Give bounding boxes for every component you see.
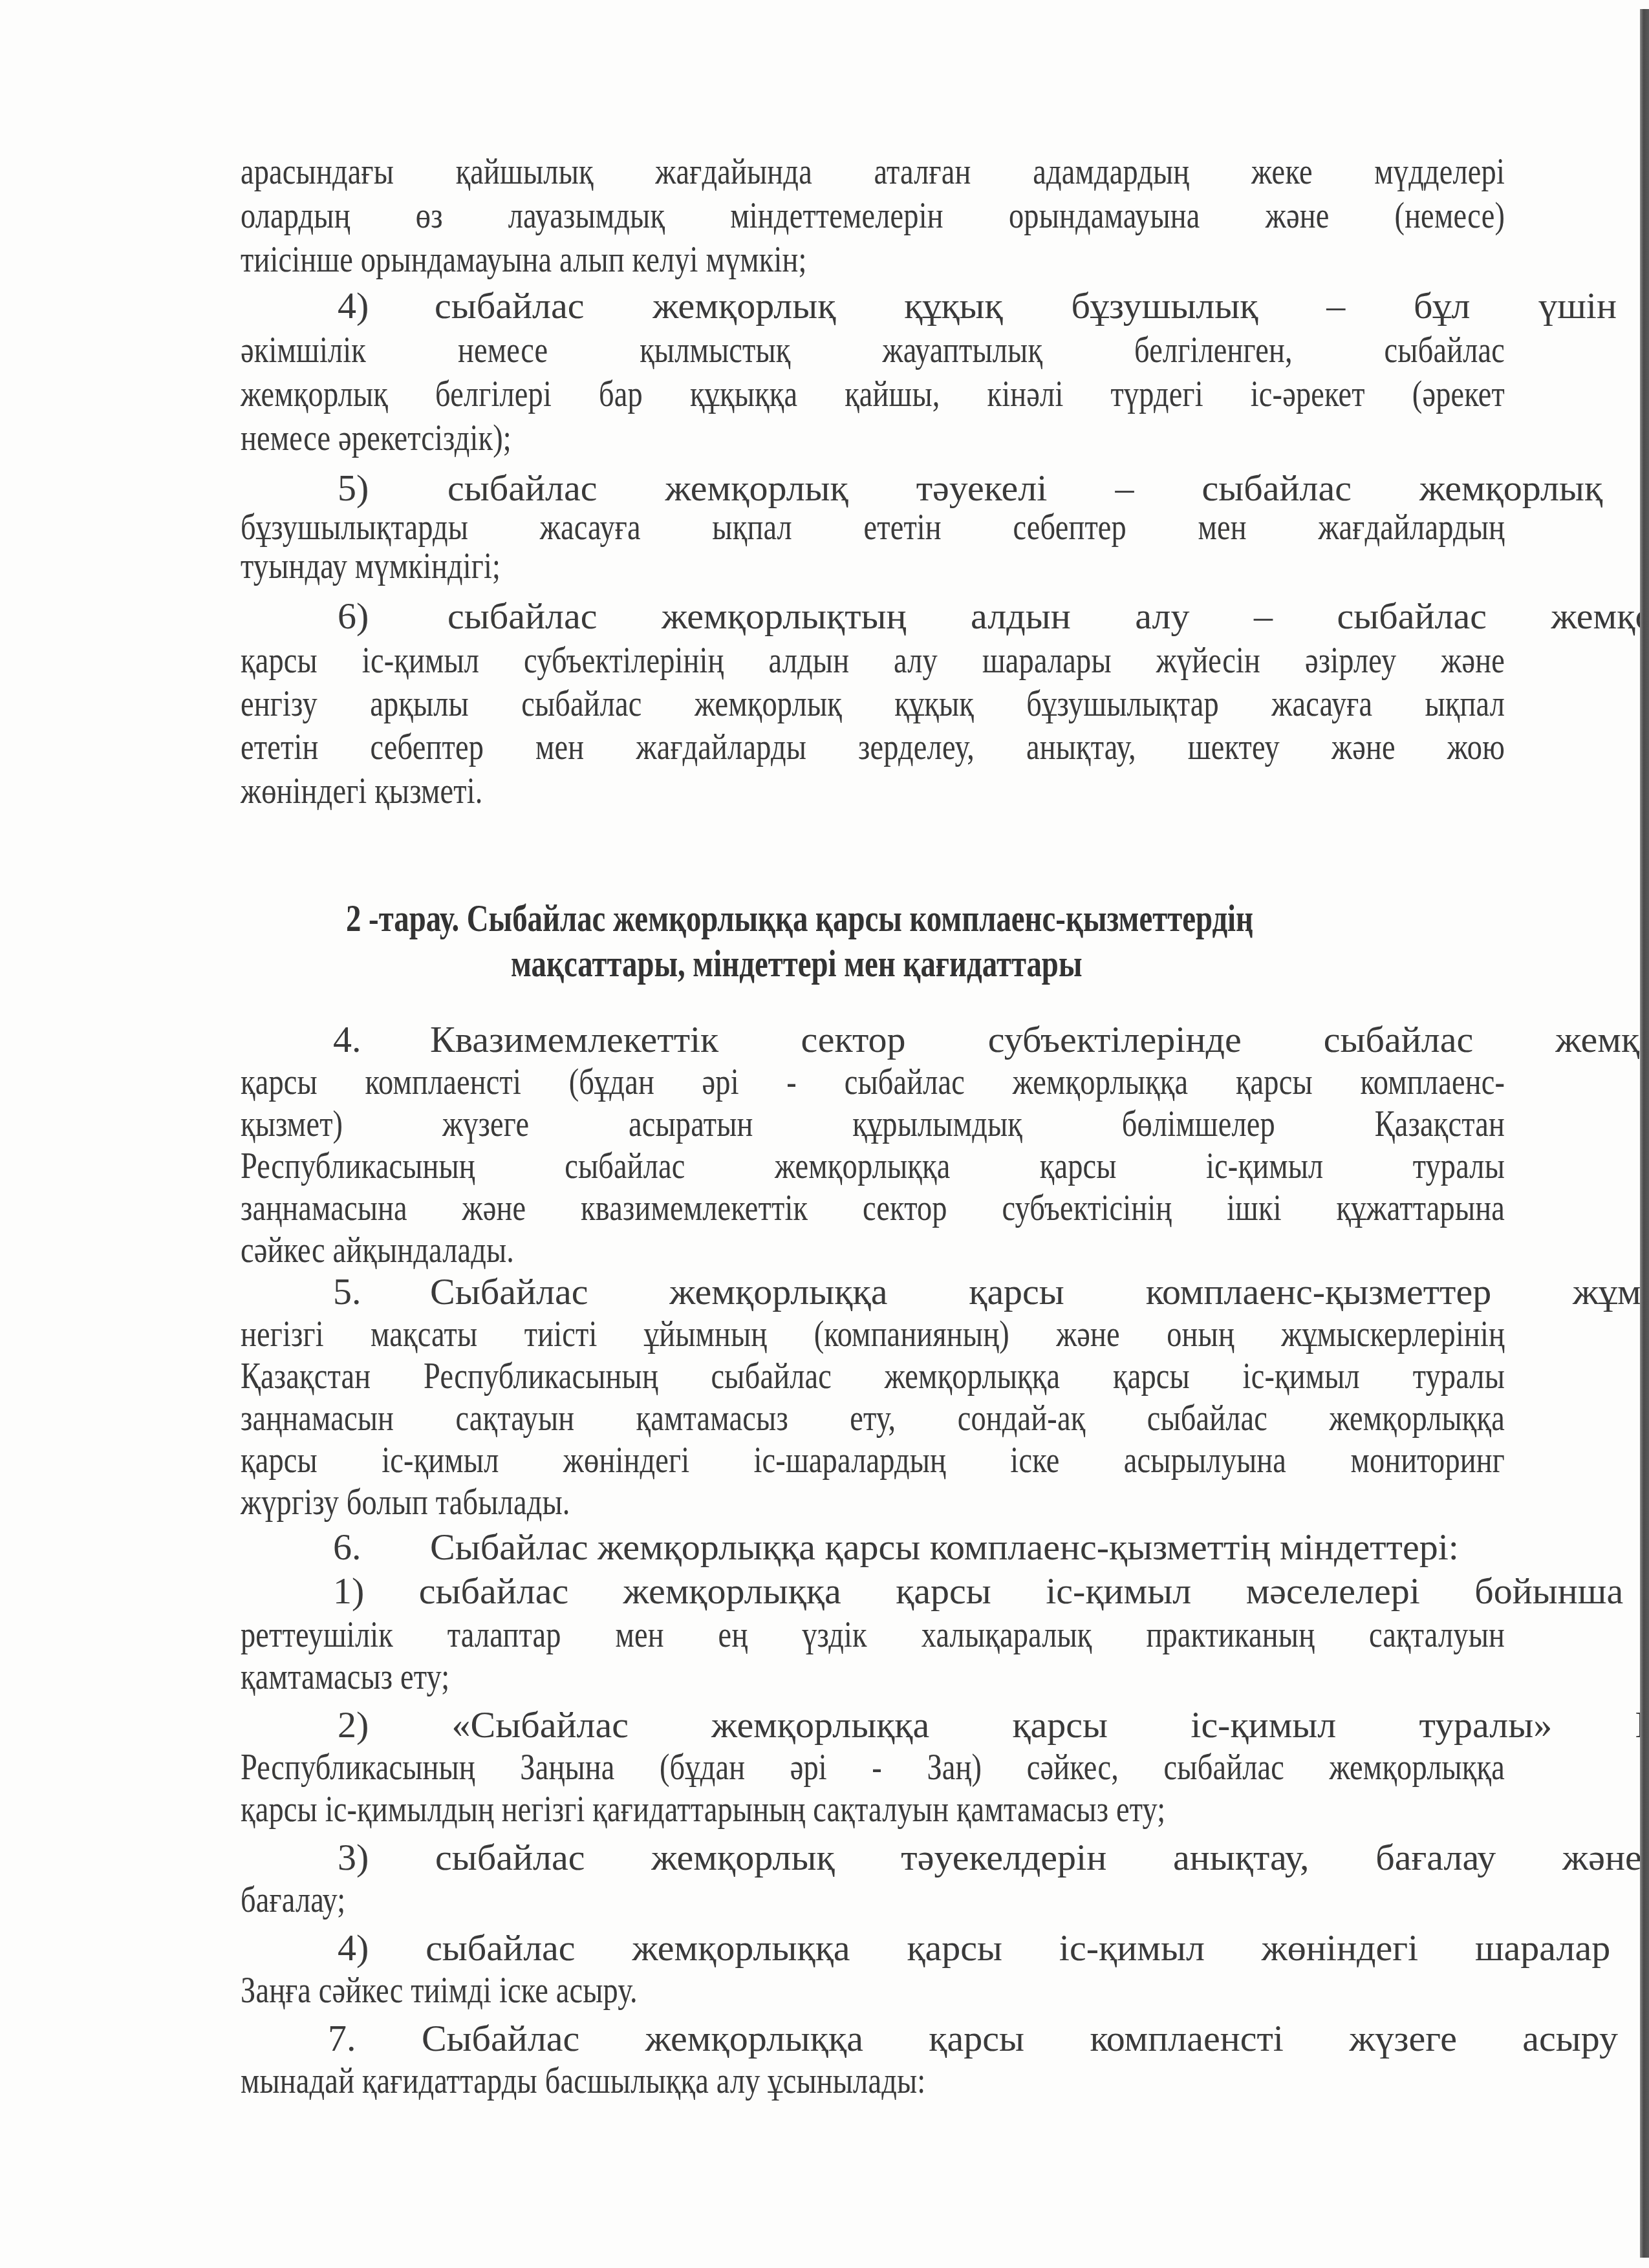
paragraph-line: қарсы іс-қимылдың негізгі қағидаттарының… [241, 1788, 1505, 1830]
paragraph-line: қарсы комплаенсті (бұдан әрі - сыбайлас … [241, 1060, 1505, 1103]
paragraph-line: ететін себептер мен жағдайларды зерделеу… [241, 725, 1505, 768]
paragraph-line: Республикасының Заңына (бұдан әрі - Заң)… [241, 1746, 1505, 1788]
paragraph-line: арасындағы қайшылық жағдайында аталған а… [241, 150, 1505, 193]
clause-5-line: 5. Сыбайлас жемқорлыққа қарсы комплаенс-… [241, 1270, 1505, 1313]
clause-4-line: 4. Квазимемлекеттік сектор субъектілерін… [241, 1018, 1505, 1061]
paragraph-line: немесе әрекетсіздік); [241, 416, 1505, 459]
paragraph-line: туындау мүмкіндігі; [241, 544, 1505, 587]
paragraph-line: негізгі мақсаты тиісті ұйымның (компания… [241, 1312, 1505, 1355]
paragraph-line: Республикасының сыбайлас жемқорлыққа қар… [241, 1144, 1505, 1187]
paragraph-line: сәйкес айқындалады. [241, 1228, 1505, 1271]
clause-number: 4. [333, 1018, 361, 1061]
paragraph-line: бағалау; [241, 1878, 1505, 1921]
paragraph-line: қарсы іс-қимыл субъектілерінің алдын алу… [241, 639, 1505, 681]
list-item-number: 5) [338, 467, 369, 509]
paragraph-line: жемқорлық белгілері бар құқыққа қайшы, к… [241, 372, 1505, 415]
paragraph-line: заңнамасын сақтауын қамтамасыз ету, сонд… [241, 1396, 1505, 1439]
paragraph-line: Қазақстан Республикасының сыбайлас жемқо… [241, 1354, 1505, 1397]
paragraph-line: қызмет) жүзеге асыратын құрылымдық бөлім… [241, 1102, 1505, 1145]
paragraph-line: жүргізу болып табылады. [241, 1481, 1505, 1523]
list-item-6-line: 6) сыбайлас жемқорлықтың алдын алу – сыб… [241, 595, 1505, 637]
scanner-edge-shadow [1640, 9, 1649, 2258]
list-item-number: 6) [338, 595, 369, 637]
clause-6-line: 6. Сыбайлас жемқорлыққа қарсы комплаенс-… [241, 1526, 1505, 1568]
task-item-1-line: 1) сыбайлас жемқорлыққа қарсы іс-қимыл м… [241, 1570, 1505, 1612]
task-item-4-line: 4) сыбайлас жемқорлыққа қарсы іс-қимыл ж… [241, 1927, 1505, 1969]
paragraph-line: олардың өз лауазымдық міндеттемелерін ор… [241, 194, 1505, 237]
clause-number: 5. [333, 1270, 361, 1313]
paragraph-line: Заңға сәйкес тиімді іске асыру. [241, 1969, 1505, 2011]
paragraph-line: қарсы іс-қимыл жөніндегі іс-шаралардың і… [241, 1439, 1505, 1481]
paragraph-line: мынадай қағидаттарды басшылыққа алу ұсын… [241, 2059, 1505, 2102]
clause-number: 6. [333, 1526, 361, 1568]
paragraph-line: әкімшілік немесе қылмыстық жауаптылық бе… [241, 328, 1505, 371]
list-item-4-line: 4) сыбайлас жемқорлық құқық бұзушылық – … [241, 284, 1505, 327]
chapter-heading-line-2: мақсаттары, міндеттері мен қағидаттары [511, 941, 1244, 986]
list-item-number: 4) [338, 284, 369, 327]
paragraph-line: тиісінше орындамауына алып келуі мүмкін; [241, 238, 1505, 281]
paragraph-line: енгізу арқылы сыбайлас жемқорлық құқық б… [241, 682, 1505, 725]
paragraph-line: заңнамасына және квазимемлекеттік сектор… [241, 1186, 1505, 1229]
chapter-heading-line-1: 2 -тарау. Сыбайлас жемқорлыққа қарсы ком… [346, 895, 1509, 941]
task-item-3-line: 3) сыбайлас жемқорлық тәуекелдерін анықт… [241, 1836, 1505, 1879]
list-item-5-line: 5) сыбайлас жемқорлық тәуекелі – сыбайла… [241, 467, 1505, 509]
task-item-2-line: 2) «Сыбайлас жемқорлыққа қарсы іс-қимыл … [241, 1704, 1505, 1746]
paragraph-line: қамтамасыз ету; [241, 1655, 1505, 1698]
scanned-document-page: арасындағы қайшылық жағдайында аталған а… [0, 0, 1649, 2268]
clause-7-line: 7. Сыбайлас жемқорлыққа қарсы комплаенст… [241, 2017, 1505, 2060]
paragraph-line: реттеушілік талаптар мен ең үздік халықа… [241, 1613, 1505, 1656]
paragraph-line: бұзушылықтарды жасауға ықпал ететін себе… [241, 506, 1505, 548]
paragraph-line: жөніндегі қызметі. [241, 769, 1505, 812]
